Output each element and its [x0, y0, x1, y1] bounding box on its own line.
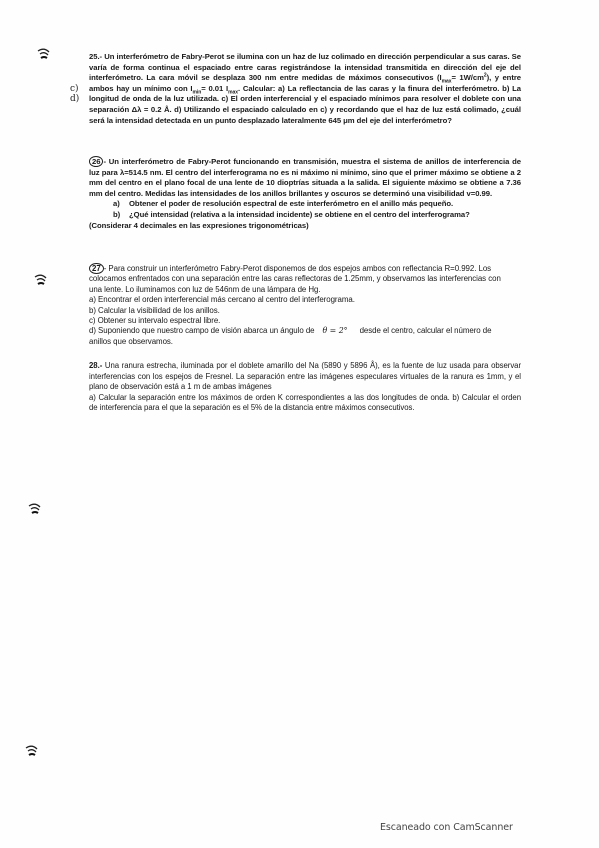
problem-25: 25.- Un interferómetro de Fabry-Perot se…: [89, 52, 521, 126]
hole-punch-mark-icon: [36, 47, 52, 61]
handwritten-mark-d: d): [70, 94, 79, 104]
camscanner-watermark: Escaneado con CamScanner: [380, 822, 513, 833]
hole-punch-mark-icon: [27, 502, 43, 516]
problem-26-note: (Considerar 4 decimales en las expresion…: [89, 221, 521, 232]
problem-number: 25.-: [89, 52, 102, 61]
handwritten-mark-c: c): [70, 84, 79, 94]
problem-26-item-a: a)Obtener el poder de resolución espectr…: [89, 199, 521, 210]
problem-number: 28.-: [89, 361, 102, 370]
scanned-page: c) d) 25.- Un interferómetro de Fabry-Pe…: [0, 0, 599, 848]
problem-25-text: 25.- Un interferómetro de Fabry-Perot se…: [89, 52, 521, 126]
hole-punch-mark-icon: [24, 744, 40, 758]
problem-number-circled: 26: [89, 156, 103, 167]
problem-26-text: 26- Un interferómetro de Fabry-Perot fun…: [89, 156, 521, 199]
problem-26-item-b: b)¿Qué intensidad (relativa a la intensi…: [89, 210, 521, 221]
problem-27-text: 27- Para construir un interferómetro Fab…: [89, 263, 509, 295]
problem-27-item-b: b) Calcular la visibilidad de los anillo…: [89, 306, 509, 316]
theta-formula: θ = 2°: [323, 326, 348, 335]
problem-28: 28.- Una ranura estrecha, iluminada por …: [89, 361, 521, 414]
problem-27-item-a: a) Encontrar el orden interferencial más…: [89, 295, 509, 305]
problem-28-items: a) Calcular la separación entre los máxi…: [89, 393, 521, 414]
problem-number-circled: 27: [89, 263, 104, 274]
problem-28-text: 28.- Una ranura estrecha, iluminada por …: [89, 361, 521, 393]
hole-punch-mark-icon: [33, 273, 49, 287]
problem-26: 26- Un interferómetro de Fabry-Perot fun…: [89, 156, 521, 231]
problem-27: 27- Para construir un interferómetro Fab…: [89, 263, 509, 347]
problem-27-item-c: c) Obtener su intervalo espectral libre.: [89, 316, 509, 326]
problem-27-item-d: d) Suponiendo que nuestro campo de visió…: [89, 326, 509, 347]
